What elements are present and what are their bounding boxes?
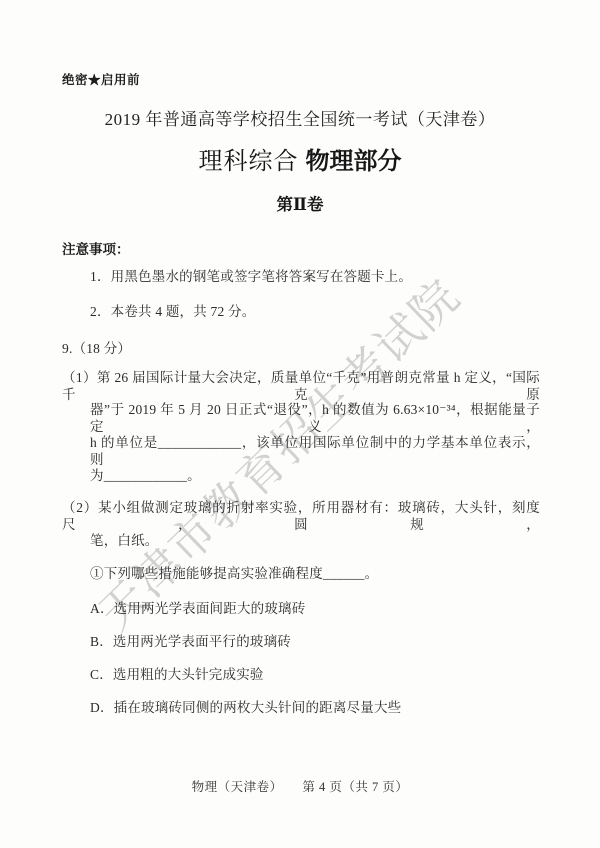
exam-title: 2019 年普通高等学校招生全国统一考试（天津卷） bbox=[0, 105, 600, 130]
notice-item-1: 1．用黑色墨水的钢笔或签字笔将答案写在答题卡上。 bbox=[90, 268, 412, 285]
question-part1-line-1: （1）第 26 届国际计量大会决定，质量单位“千克”用普朗克常量 h 定义，“国… bbox=[62, 369, 540, 403]
option-c: C．选用粗的大头针完成实验 bbox=[90, 666, 264, 683]
question-number: 9.（18 分） bbox=[62, 340, 131, 357]
sub-question-1: ①下列哪些措施能够提高实验准确程度______。 bbox=[90, 565, 378, 582]
section-title: 第Ⅱ卷 bbox=[0, 191, 600, 215]
question-part1-line-4: 为____________。 bbox=[90, 467, 201, 484]
notice-item-2: 2．本卷共 4 题，共 72 分。 bbox=[90, 303, 255, 320]
question-part2-line-2: 笔，白纸。 bbox=[90, 532, 159, 549]
question-part1-line-3: h 的单位是____________，该单位用国际单位制中的力学基本单位表示，则 bbox=[90, 434, 540, 468]
option-b: B．选用两光学表面平行的玻璃砖 bbox=[90, 633, 291, 650]
page-content: 绝密★启用前 2019 年普通高等学校招生全国统一考试（天津卷） 理科综合 物理… bbox=[0, 0, 600, 848]
classification-notice: 绝密★启用前 bbox=[62, 70, 140, 88]
exam-paper-page: 天津市教育招生考试院 绝密★启用前 2019 年普通高等学校招生全国统一考试（天… bbox=[0, 0, 600, 848]
option-a: A．选用两光学表面间距大的玻璃砖 bbox=[90, 600, 305, 617]
option-d: D．插在玻璃砖同侧的两枚大头针间的距离尽量大些 bbox=[90, 699, 401, 716]
question-part1-line-2: 器”于 2019 年 5 月 20 日正式“退役”，h 的数值为 6.63×10… bbox=[90, 401, 540, 435]
page-footer: 物理（天津卷） 第 4 页（共 7 页） bbox=[0, 777, 600, 795]
subject-title-main: 理科综合 bbox=[199, 149, 299, 175]
question-part2-line-1: （2）某小组做测定玻璃的折射率实验，所用器材有：玻璃砖，大头针，刻度尺，圆规， bbox=[62, 499, 540, 533]
notices-heading: 注意事项： bbox=[62, 238, 130, 258]
subject-title-part: 物理部分 bbox=[306, 148, 402, 175]
subject-title: 理科综合 物理部分 bbox=[0, 141, 600, 176]
